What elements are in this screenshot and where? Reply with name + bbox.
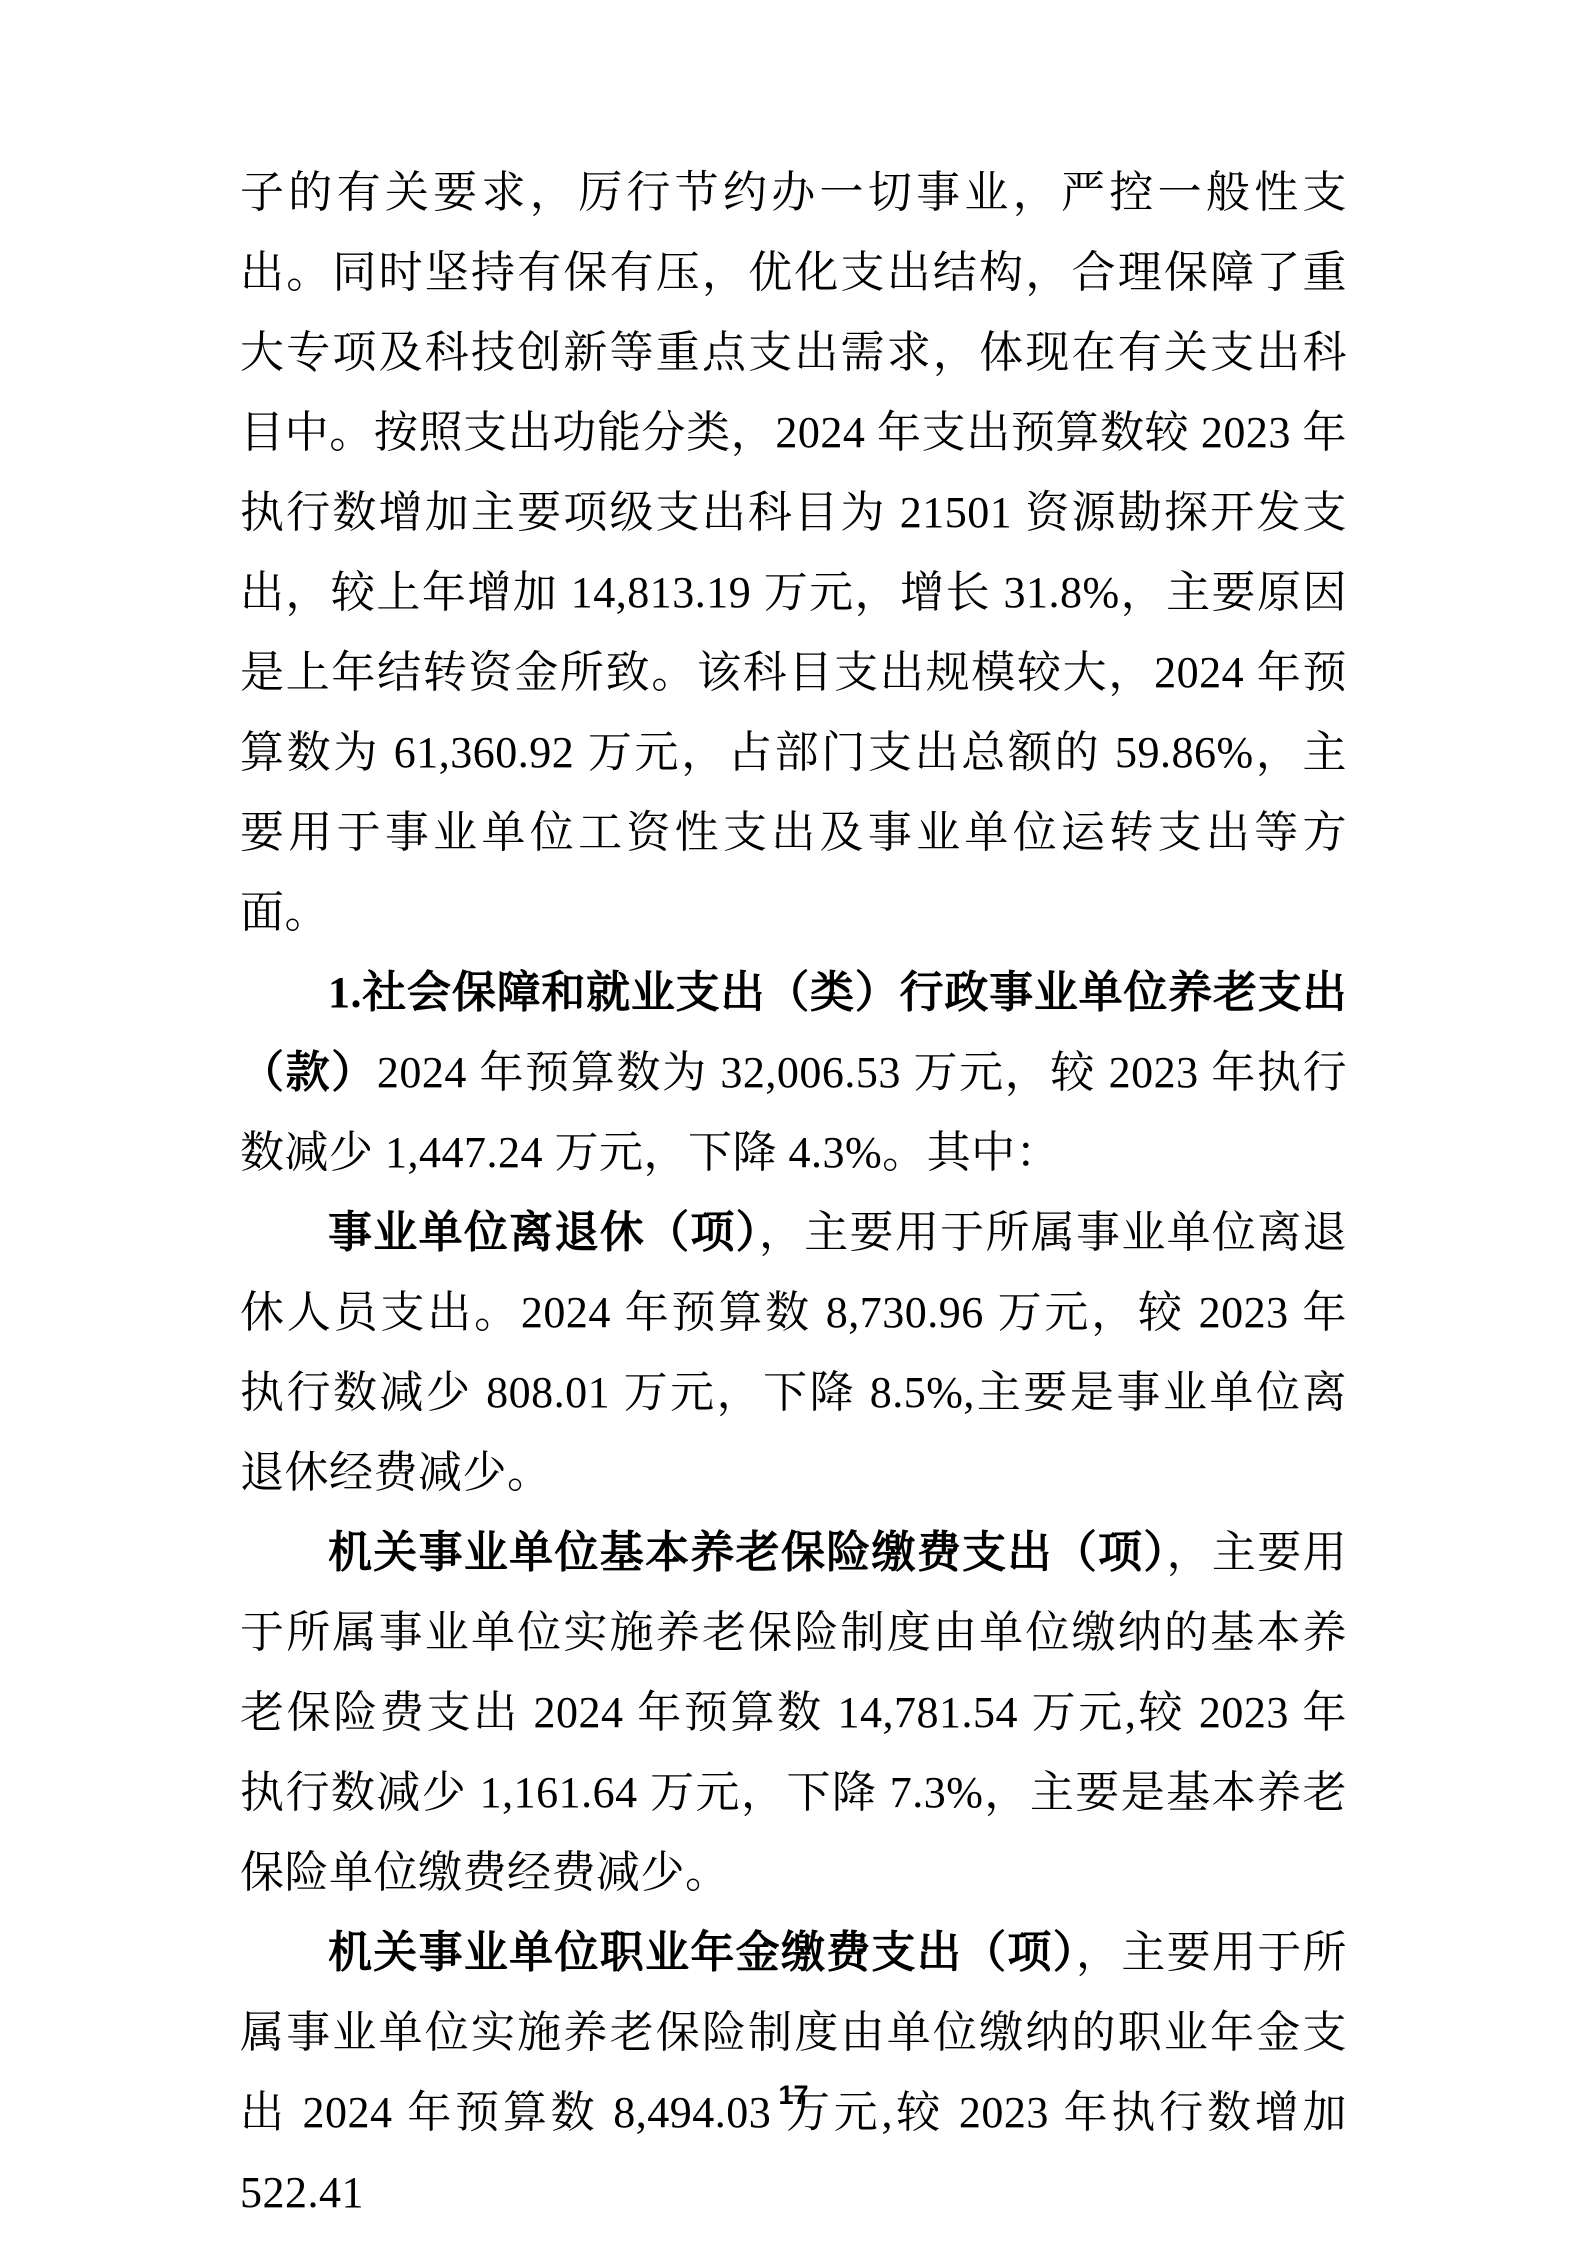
text-segment: 2024 年预算数为 32,006.53 万元，较 2023 年执行数减少 1,… — [240, 1048, 1347, 1177]
paragraph-item-retirement: 事业单位离退休（项），主要用于所属事业单位离退休人员支出。2024 年预算数 8… — [240, 1193, 1347, 1513]
text-segment-bold: 事业单位离退休（项） — [328, 1208, 759, 1257]
text-segment-bold: 机关事业单位基本养老保险缴费支出（项） — [328, 1528, 1167, 1577]
page-number: 17 — [778, 2080, 808, 2110]
paragraph-item-basic-pension-contribution: 机关事业单位基本养老保险缴费支出（项），主要用于所属事业单位实施养老保险制度由单… — [240, 1513, 1347, 1913]
paragraph-intro-continued: 子的有关要求，厉行节约办一切事业，严控一般性支出。同时坚持有保有压，优化支出结构… — [240, 153, 1347, 953]
text-segment-bold: 机关事业单位职业年金缴费支出（项） — [328, 1928, 1076, 1977]
paragraph-item-occupational-annuity: 机关事业单位职业年金缴费支出（项），主要用于所属事业单位实施养老保险制度由单位缴… — [240, 1913, 1347, 2233]
page-footer: 17 — [0, 2080, 1587, 2111]
document-body: 子的有关要求，厉行节约办一切事业，严控一般性支出。同时坚持有保有压，优化支出结构… — [240, 153, 1347, 2233]
document-page: 子的有关要求，厉行节约办一切事业，严控一般性支出。同时坚持有保有压，优化支出结构… — [0, 0, 1587, 2245]
paragraph-item-1-social-security: 1.社会保障和就业支出（类）行政事业单位养老支出（款）2024 年预算数为 32… — [240, 953, 1347, 1193]
text-segment: 子的有关要求，厉行节约办一切事业，严控一般性支出。同时坚持有保有压，优化支出结构… — [240, 168, 1347, 937]
text-segment: ，主要用于所属事业单位实施养老保险制度由单位缴纳的基本养老保险费支出 2024 … — [240, 1528, 1347, 1897]
